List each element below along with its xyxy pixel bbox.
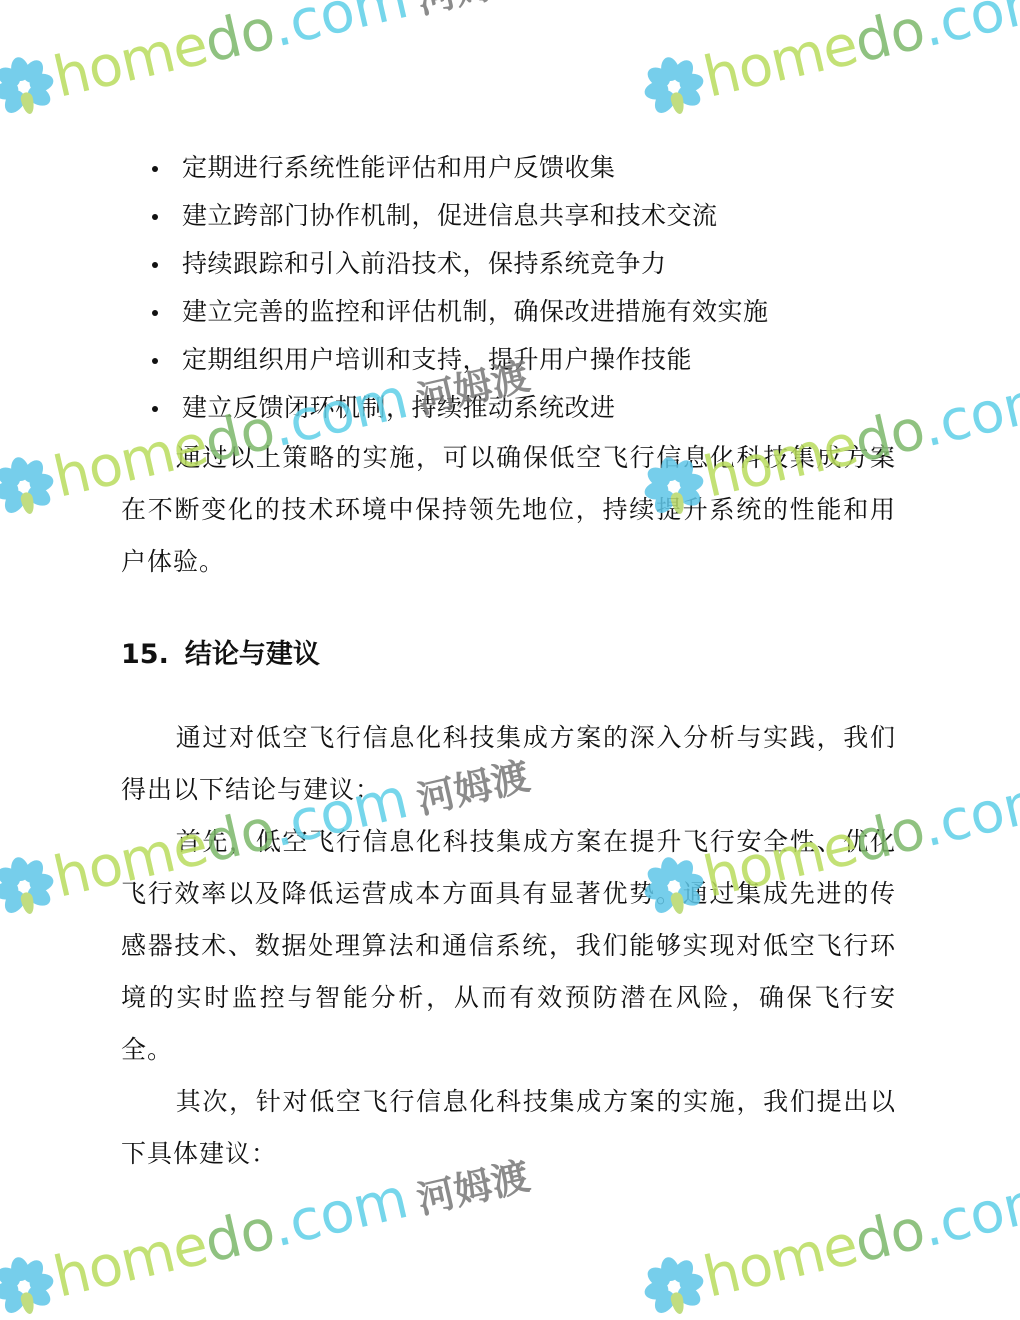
- watermark: homedo.com河姆渡: [0, 0, 535, 125]
- bullet-item: 建立反馈闭环机制，持续推动系统改进: [148, 386, 769, 434]
- bullet-dot-icon: [152, 406, 158, 412]
- bullet-dot-icon: [152, 214, 158, 220]
- bullet-dot-icon: [152, 166, 158, 172]
- bullet-dot-icon: [152, 262, 158, 268]
- summary-paragraph: 通过以上策略的实施，可以确保低空飞行信息化科技集成方案在不断变化的技术环境中保持…: [121, 432, 896, 588]
- section-title: 结论与建议: [185, 639, 320, 670]
- section-heading: 15.结论与建议: [121, 632, 320, 671]
- bullet-dot-icon: [152, 358, 158, 364]
- bullet-item: 建立完善的监控和评估机制，确保改进措施有效实施: [148, 290, 769, 338]
- section-number: 15.: [121, 639, 169, 670]
- watermark: homedo.com河姆渡: [635, 0, 1020, 125]
- flower-logo-icon: [0, 1248, 62, 1320]
- flower-logo-icon: [0, 448, 62, 525]
- body-paragraph: 首先，低空飞行信息化科技集成方案在提升飞行安全性、优化飞行效率以及降低运营成本方…: [121, 816, 896, 1076]
- flower-logo-icon: [0, 48, 62, 125]
- flower-logo-icon: [636, 48, 713, 125]
- bullet-list: 定期进行系统性能评估和用户反馈收集 建立跨部门协作机制，促进信息共享和技术交流 …: [148, 146, 769, 434]
- bullet-item: 定期组织用户培训和支持，提升用户操作技能: [148, 338, 769, 386]
- flower-logo-icon: [636, 1248, 713, 1320]
- bullet-item: 建立跨部门协作机制，促进信息共享和技术交流: [148, 194, 769, 242]
- body-paragraph: 通过对低空飞行信息化科技集成方案的深入分析与实践，我们得出以下结论与建议：: [121, 712, 896, 816]
- flower-logo-icon: [0, 848, 62, 925]
- document-page: 定期进行系统性能评估和用户反馈收集 建立跨部门协作机制，促进信息共享和技术交流 …: [0, 0, 1020, 1320]
- bullet-item: 定期进行系统性能评估和用户反馈收集: [148, 146, 769, 194]
- bullet-dot-icon: [152, 310, 158, 316]
- bullet-item: 持续跟踪和引入前沿技术，保持系统竞争力: [148, 242, 769, 290]
- body-paragraph: 其次，针对低空飞行信息化科技集成方案的实施，我们提出以下具体建议：: [121, 1076, 896, 1180]
